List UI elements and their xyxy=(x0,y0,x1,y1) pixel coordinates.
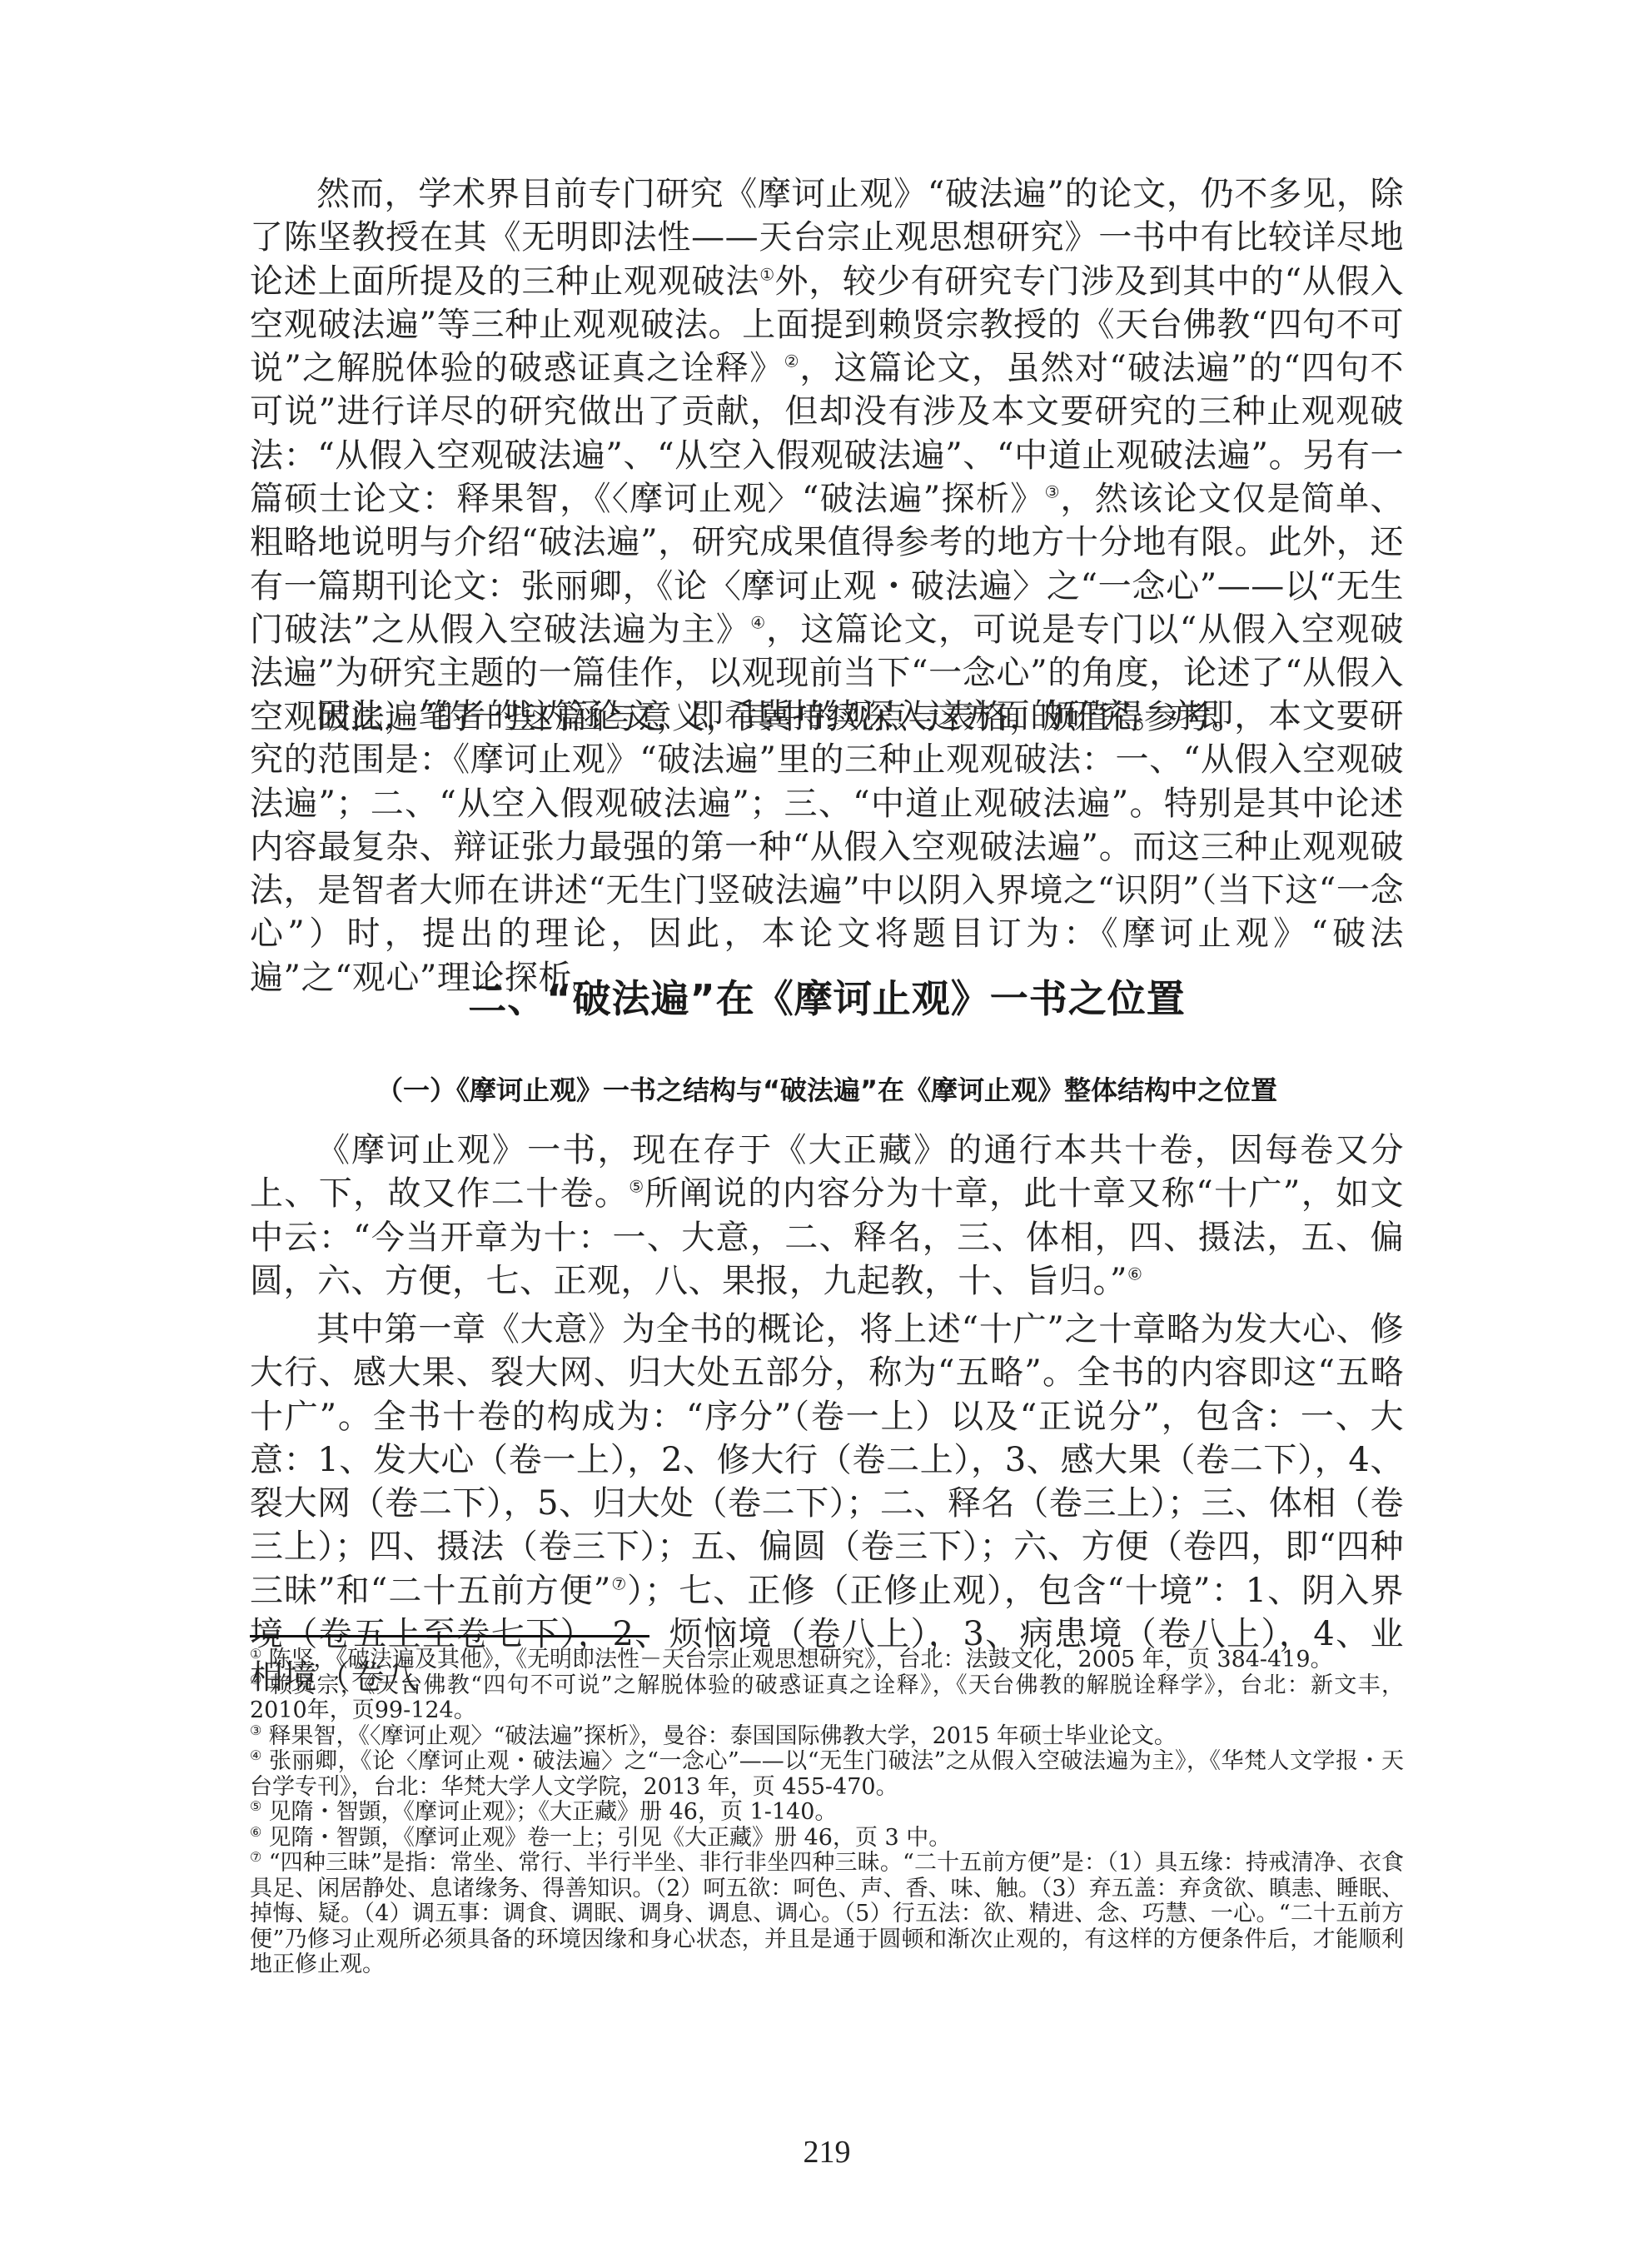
footnote-mark: ③ xyxy=(250,1722,262,1738)
footnote-text: 赖贤宗，《天台佛教“四句不可说”之解脱体验的破惑证真之诠释》，《天台佛教的解脱诠… xyxy=(250,1672,1404,1724)
footnote-6: ⑥见隋・智顗，《摩诃止观》卷一上；引见《大正藏》册 46，页 3 中。 xyxy=(250,1826,1404,1852)
footnote-7: ⑦“四种三昧”是指：常坐、常行、半行半坐、非行非坐四种三昧。“二十五前方便”是：… xyxy=(250,1851,1404,1978)
footnote-separator xyxy=(250,1635,649,1637)
body-paragraph-3: 《摩诃止观》一书，现在存于《大正藏》的通行本共十卷，因每卷又分上、下，故又作二十… xyxy=(250,1129,1404,1303)
footnote-ref-7[interactable]: ⑦ xyxy=(611,1573,627,1593)
footnote-mark: ⑦ xyxy=(250,1849,262,1865)
paragraph-text: 其中第一章《大意》为全书的概论，将上述“十广”之十章略为发大心、修大行、感大果、… xyxy=(250,1310,1404,1610)
footnote-ref-5[interactable]: ⑤ xyxy=(629,1177,644,1197)
body-paragraph-2: 因此，笔者的这篇论文，即希冀持续深入这方面的研究。亦即，本文要研究的范围是：《摩… xyxy=(250,695,1404,999)
footnote-3: ③释果智，《〈摩诃止观〉“破法遍”探析》，曼谷：泰国国际佛教大学，2015 年硕… xyxy=(250,1724,1404,1750)
footnote-5: ⑤见隋・智顗，《摩诃止观》；《大正藏》册 46，页 1-140。 xyxy=(250,1800,1404,1826)
footnotes: ①陈坚，《破法遍及其他》，《无明即法性－天台宗止观思想研究》，台北：法鼓文化，2… xyxy=(250,1647,1404,1978)
footnote-text: “四种三昧”是指：常坐、常行、半行半坐、非行非坐四种三昧。“二十五前方便”是：（… xyxy=(250,1850,1404,1977)
body-paragraph-4: 其中第一章《大意》为全书的概论，将上述“十广”之十章略为发大心、修大行、感大果、… xyxy=(250,1308,1404,1700)
footnote-text: 见隋・智顗，《摩诃止观》卷一上；引见《大正藏》册 46，页 3 中。 xyxy=(269,1825,952,1851)
section-heading: 二、“破法遍”在《摩诃止观》一书之位置 xyxy=(250,969,1404,1024)
footnote-text: 张丽卿，《论〈摩诃止观・破法遍〉之“一念心”——以“无生门破法”之从假入空破法遍… xyxy=(250,1748,1404,1800)
subsection-heading: （一）《摩诃止观》一书之结构与“破法遍”在《摩诃止观》整体结构中之位置 xyxy=(250,1069,1404,1108)
footnote-4: ④张丽卿，《论〈摩诃止观・破法遍〉之“一念心”——以“无生门破法”之从假入空破法… xyxy=(250,1749,1404,1800)
footnote-text: 释果智，《〈摩诃止观〉“破法遍”探析》，曼谷：泰国国际佛教大学，2015 年硕士… xyxy=(269,1723,1177,1749)
footnote-mark: ② xyxy=(250,1672,263,1687)
footnote-ref-3[interactable]: ③ xyxy=(1045,482,1061,502)
footnote-ref-6[interactable]: ⑥ xyxy=(1127,1264,1142,1284)
footnote-text: 见隋・智顗，《摩诃止观》；《大正藏》册 46，页 1-140。 xyxy=(269,1799,838,1825)
footnote-ref-1[interactable]: ① xyxy=(759,264,774,284)
footnote-mark: ① xyxy=(250,1646,262,1662)
footnote-mark: ⑥ xyxy=(250,1824,262,1840)
footnote-2: ②赖贤宗，《天台佛教“四句不可说”之解脱体验的破惑证真之诠释》，《天台佛教的解脱… xyxy=(250,1673,1404,1724)
footnote-ref-4[interactable]: ④ xyxy=(750,613,766,633)
footnote-1: ①陈坚，《破法遍及其他》，《无明即法性－天台宗止观思想研究》，台北：法鼓文化，2… xyxy=(250,1647,1404,1673)
page-number: 219 xyxy=(250,2134,1404,2171)
footnote-text: 陈坚，《破法遍及其他》，《无明即法性－天台宗止观思想研究》，台北：法鼓文化，20… xyxy=(269,1647,1333,1672)
body-paragraph-1: 然而，学术界目前专门研究《摩诃止观》“破法遍”的论文，仍不多见，除了陈坚教授在其… xyxy=(250,172,1404,739)
footnote-ref-2[interactable]: ② xyxy=(784,351,800,371)
footnote-mark: ⑤ xyxy=(250,1798,262,1814)
footnote-mark: ④ xyxy=(250,1747,262,1763)
